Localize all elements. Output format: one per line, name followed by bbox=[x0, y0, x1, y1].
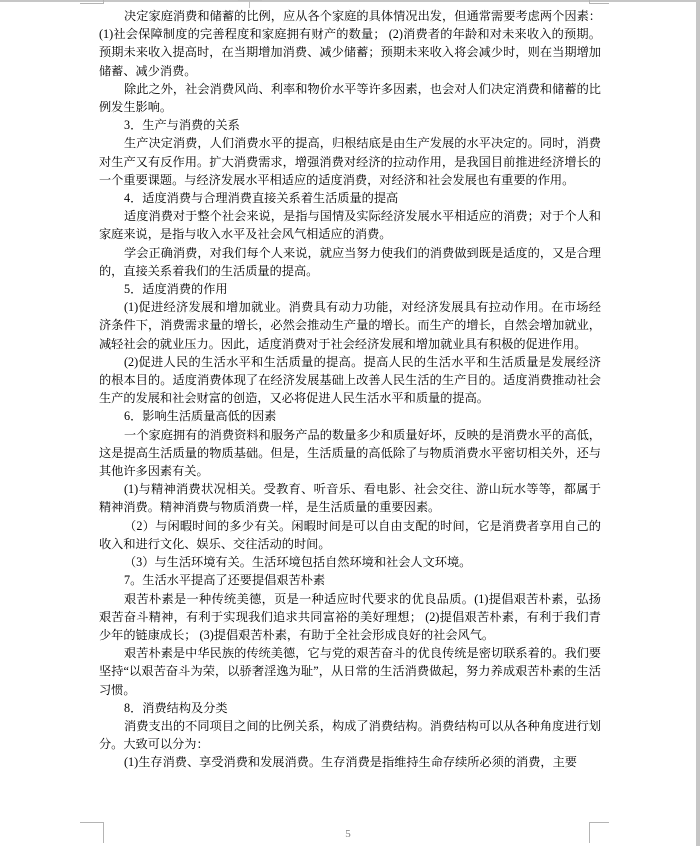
paragraph: 除此之外，社会消费风尚、利率和物价水平等许多因素，也会对人们决定消费和储蓄的比例… bbox=[99, 80, 601, 116]
paragraph: （2）与闲暇时间的多少有关。闲暇时间是可以自由支配的时间，它是消费者享用自己的收… bbox=[99, 517, 601, 553]
paragraph: 7。生活水平提高了还要提倡艰苦朴素 bbox=[99, 571, 601, 589]
document-page: 决定家庭消费和储蓄的比例，应从各个家庭的具体情况出发，但通常需要考虑两个因素：(… bbox=[0, 0, 700, 846]
paragraph: 学会正确消费，对我们每个人来说，就应当努力使我们的消费做到既是适度的，又是合理的… bbox=[99, 244, 601, 280]
paragraph: 5．适度消费的作用 bbox=[99, 280, 601, 298]
paragraph: 适度消费对于整个社会来说，是指与国情及实际经济发展水平相适应的消费；对于个人和家… bbox=[99, 207, 601, 243]
margin-mark-bottom-right-horizontal bbox=[589, 822, 609, 823]
margin-mark-bottom-left-horizontal bbox=[80, 822, 104, 823]
paragraph: 一个家庭拥有的消费资料和服务产品的数量多少和质量好坏，反映的是消费水平的高低，这… bbox=[99, 426, 601, 481]
paragraph: （3）与生活环境有关。生活环境包括自然环境和社会人文环境。 bbox=[99, 553, 601, 571]
margin-mark-bottom-left-vertical bbox=[103, 822, 104, 843]
paragraph: 6．影响生活质量高低的因素 bbox=[99, 407, 601, 425]
paragraph: 艰苦朴素是一种传统美德，页是一种适应时代要求的优良品质。(1)提倡艰苦朴素，弘扬… bbox=[99, 590, 601, 645]
window-background-right-edge bbox=[696, 0, 700, 846]
paragraph: (1)促进经济发展和增加就业。消费具有动力功能，对经济发展具有拉动作用。在市场经… bbox=[99, 298, 601, 353]
paragraph: 3．生产与消费的关系 bbox=[99, 116, 601, 134]
paragraph: (2)促进人民的生活水平和生活质量的提高。提高人民的生活水平和生活质量是发展经济… bbox=[99, 353, 601, 408]
margin-mark-bottom-right-vertical bbox=[589, 822, 590, 843]
paragraph: 决定家庭消费和储蓄的比例，应从各个家庭的具体情况出发，但通常需要考虑两个因素：(… bbox=[99, 7, 601, 80]
paragraph: (1)与精神消费状况相关。受教育、听音乐、看电影、社会交往、游山玩水等等，都属于… bbox=[99, 480, 601, 516]
paragraph: 8．消费结构及分类 bbox=[99, 699, 601, 717]
text-body: 决定家庭消费和储蓄的比例，应从各个家庭的具体情况出发，但通常需要考虑两个因素：(… bbox=[99, 1, 601, 772]
paragraph: 消费支出的不同项目之间的比例关系，构成了消费结构。消费结构可以从各种角度进行划分… bbox=[99, 717, 601, 753]
paragraph: 4．适度消费与合理消费直接关系着生活质量的提高 bbox=[99, 189, 601, 207]
paragraph: 生产决定消费，人们消费水平的提高，归根结底是由生产发展的水平决定的。同时，消费对… bbox=[99, 134, 601, 189]
paragraph: 艰苦朴素是中华民族的传统美德，它与党的艰苦奋斗的优良传统是密切联系着的。我们要坚… bbox=[99, 644, 601, 699]
page-number: 5 bbox=[330, 827, 366, 841]
paragraph: (1)生存消费、享受消费和发展消费。生存消费是指维持生命存续所必须的消费，主要 bbox=[99, 753, 601, 771]
